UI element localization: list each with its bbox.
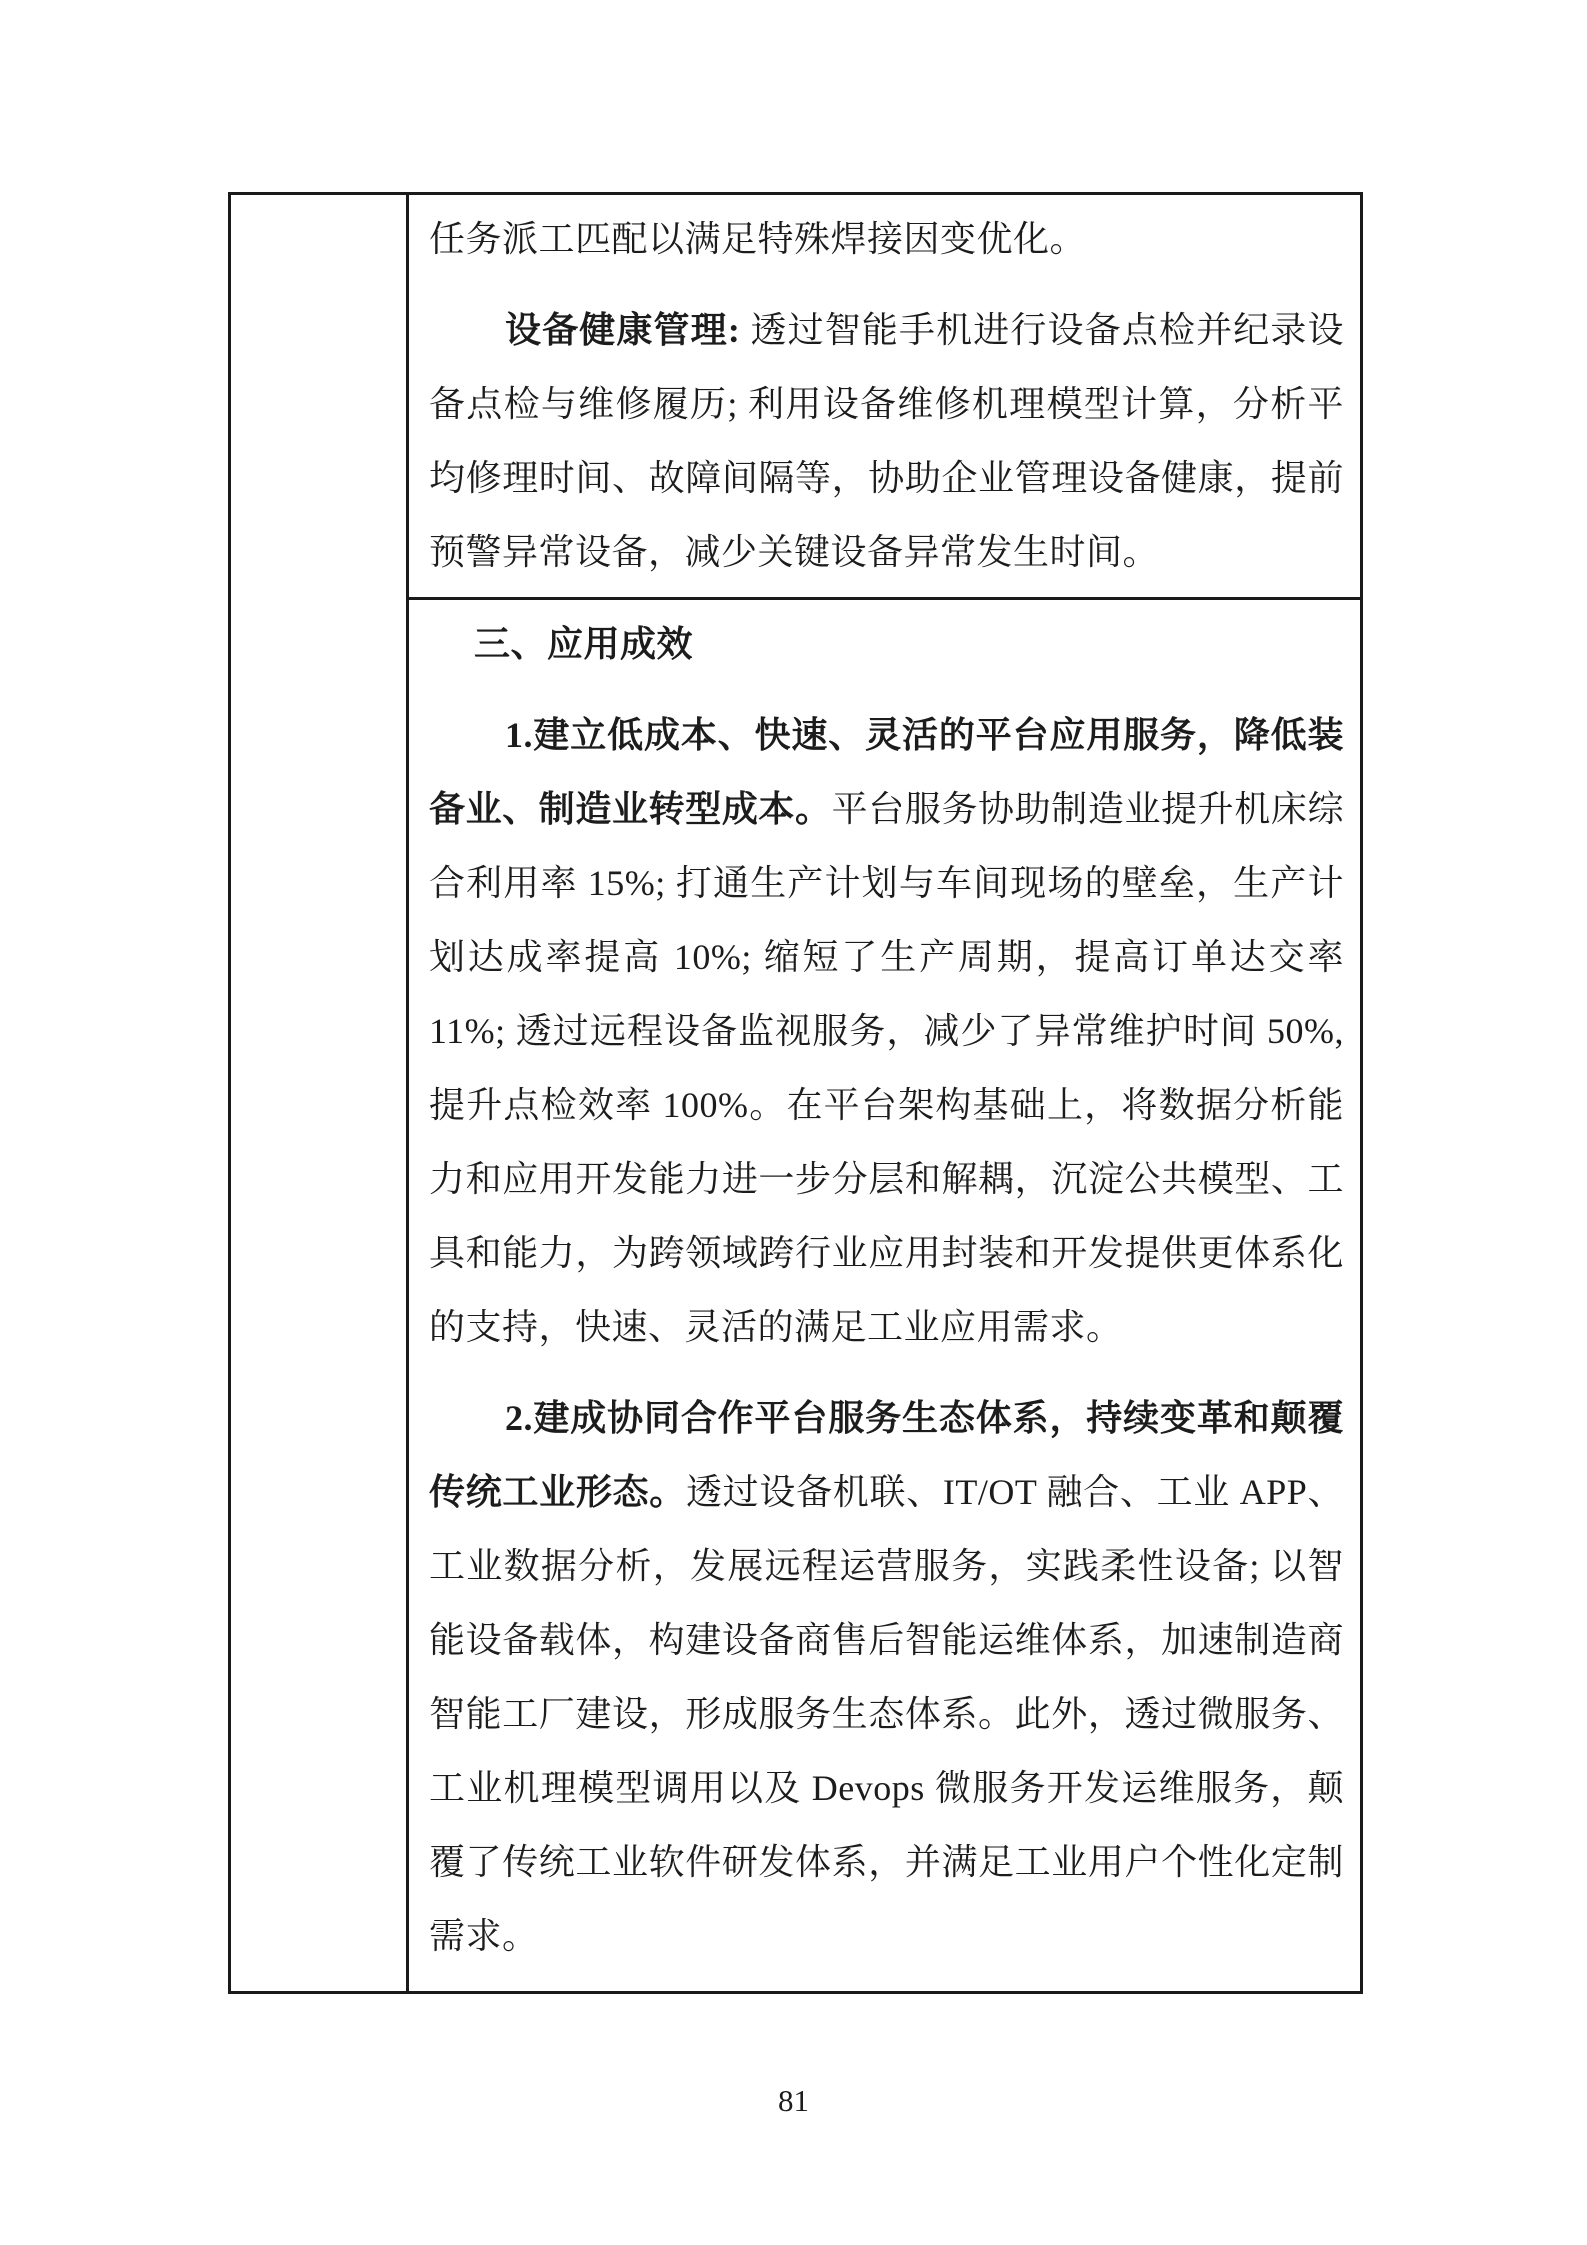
body-text: 工业数据分析，发展远程运营服务，实践柔性设备; 以智 [429, 1546, 1344, 1586]
text-line: 11%; 透过远程设备监视服务，减少了异常维护时间 50%, [429, 994, 1344, 1068]
text-line: 设备健康管理: 透过智能手机进行设备点检并纪录设 [429, 293, 1344, 367]
table-spanner-cell-left [231, 195, 409, 1991]
table-row-application-results: 三、应用成效1.建立低成本、快速、灵活的平台应用服务，降低装备业、制造业转型成本… [409, 600, 1360, 1991]
text-line: 预警异常设备，减少关键设备异常发生时间。 [429, 515, 1344, 589]
paragraph: 任务派工匹配以满足特殊焊接因变优化。 [429, 202, 1344, 276]
body-text: 备点检与维修履历; 利用设备维修机理模型计算，分析平 [429, 384, 1344, 424]
body-text: 均修理时间、故障间隔等，协助企业管理设备健康，提前 [429, 458, 1344, 498]
body-text: 能设备载体，构建设备商售后智能运维体系，加速制造商 [429, 1620, 1344, 1660]
body-text: 预警异常设备，减少关键设备异常发生时间。 [429, 532, 1159, 572]
body-text: 透过智能手机进行设备点检并纪录设 [750, 310, 1344, 350]
body-text: 透过设备机联、IT/OT 融合、工业 APP、 [686, 1472, 1344, 1512]
text-line: 三、应用成效 [429, 607, 1344, 681]
text-line: 提升点检效率 100%。在平台架构基础上，将数据分析能 [429, 1068, 1344, 1142]
body-text: 需求。 [429, 1916, 539, 1956]
bold-text: 设备健康管理: [505, 310, 750, 350]
section-heading: 三、应用成效 [429, 607, 1344, 681]
paragraph: 1.建立低成本、快速、灵活的平台应用服务，降低装备业、制造业转型成本。平台服务协… [429, 698, 1344, 1364]
text-line: 2.建成协同合作平台服务生态体系，持续变革和颠覆 [429, 1381, 1344, 1455]
bold-text: 三、应用成效 [474, 624, 693, 664]
text-line: 合利用率 15%; 打通生产计划与车间现场的壁垒，生产计 [429, 846, 1344, 920]
body-text: 工业机理模型调用以及 Devops 微服务开发运维服务，颠 [429, 1768, 1344, 1808]
text-line: 1.建立低成本、快速、灵活的平台应用服务，降低装 [429, 698, 1344, 772]
text-line: 力和应用开发能力进一步分层和解耦，沉淀公共模型、工 [429, 1142, 1344, 1216]
text-line: 均修理时间、故障间隔等，协助企业管理设备健康，提前 [429, 441, 1344, 515]
bold-text: 1.建立低成本、快速、灵活的平台应用服务，降低装 [505, 715, 1344, 755]
text-line: 智能工厂建设，形成服务生态体系。此外，透过微服务、 [429, 1677, 1344, 1751]
body-text: 合利用率 15%; 打通生产计划与车间现场的壁垒，生产计 [429, 863, 1344, 903]
text-line: 具和能力，为跨领域跨行业应用封装和开发提供更体系化 [429, 1216, 1344, 1290]
body-text: 具和能力，为跨领域跨行业应用封装和开发提供更体系化 [429, 1233, 1344, 1273]
text-line: 传统工业形态。透过设备机联、IT/OT 融合、工业 APP、 [429, 1455, 1344, 1529]
body-text: 11%; 透过远程设备监视服务，减少了异常维护时间 50%, [429, 1011, 1344, 1051]
bold-text: 备业、制造业转型成本。 [429, 789, 832, 829]
table-column-content: 任务派工匹配以满足特殊焊接因变优化。设备健康管理: 透过智能手机进行设备点检并纪… [409, 195, 1360, 1991]
body-text: 智能工厂建设，形成服务生态体系。此外，透过微服务、 [429, 1694, 1344, 1734]
body-text: 任务派工匹配以满足特殊焊接因变优化。 [429, 219, 1086, 259]
body-text: 的支持，快速、灵活的满足工业应用需求。 [429, 1307, 1123, 1347]
text-line: 工业数据分析，发展远程运营服务，实践柔性设备; 以智 [429, 1529, 1344, 1603]
bold-text: 2.建成协同合作平台服务生态体系，持续变革和颠覆 [505, 1398, 1344, 1438]
body-text: 划达成率提高 10%; 缩短了生产周期，提高订单达交率 [429, 937, 1344, 977]
text-line: 备点检与维修履历; 利用设备维修机理模型计算，分析平 [429, 367, 1344, 441]
text-line: 备业、制造业转型成本。平台服务协助制造业提升机床综 [429, 772, 1344, 846]
text-line: 任务派工匹配以满足特殊焊接因变优化。 [429, 202, 1344, 276]
doc-page: { "page_number": "81", "colors": { "bord… [0, 0, 1587, 2245]
table-row-equipment-health: 任务派工匹配以满足特殊焊接因变优化。设备健康管理: 透过智能手机进行设备点检并纪… [409, 195, 1360, 600]
text-line: 能设备载体，构建设备商售后智能运维体系，加速制造商 [429, 1603, 1344, 1677]
paragraph: 2.建成协同合作平台服务生态体系，持续变革和颠覆传统工业形态。透过设备机联、IT… [429, 1381, 1344, 1973]
text-line: 划达成率提高 10%; 缩短了生产周期，提高订单达交率 [429, 920, 1344, 994]
body-text: 平台服务协助制造业提升机床综 [832, 789, 1344, 829]
text-line: 工业机理模型调用以及 Devops 微服务开发运维服务，颠 [429, 1751, 1344, 1825]
content-table: 任务派工匹配以满足特殊焊接因变优化。设备健康管理: 透过智能手机进行设备点检并纪… [228, 192, 1363, 1994]
text-line: 覆了传统工业软件研发体系，并满足工业用户个性化定制 [429, 1825, 1344, 1899]
bold-text: 传统工业形态。 [429, 1472, 686, 1512]
page-number: 81 [0, 2083, 1587, 2119]
body-text: 力和应用开发能力进一步分层和解耦，沉淀公共模型、工 [429, 1159, 1344, 1199]
text-line: 的支持，快速、灵活的满足工业应用需求。 [429, 1290, 1344, 1364]
body-text: 提升点检效率 100%。在平台架构基础上，将数据分析能 [429, 1085, 1344, 1125]
text-line: 需求。 [429, 1899, 1344, 1973]
body-text: 覆了传统工业软件研发体系，并满足工业用户个性化定制 [429, 1842, 1344, 1882]
paragraph: 设备健康管理: 透过智能手机进行设备点检并纪录设备点检与维修履历; 利用设备维修… [429, 293, 1344, 589]
